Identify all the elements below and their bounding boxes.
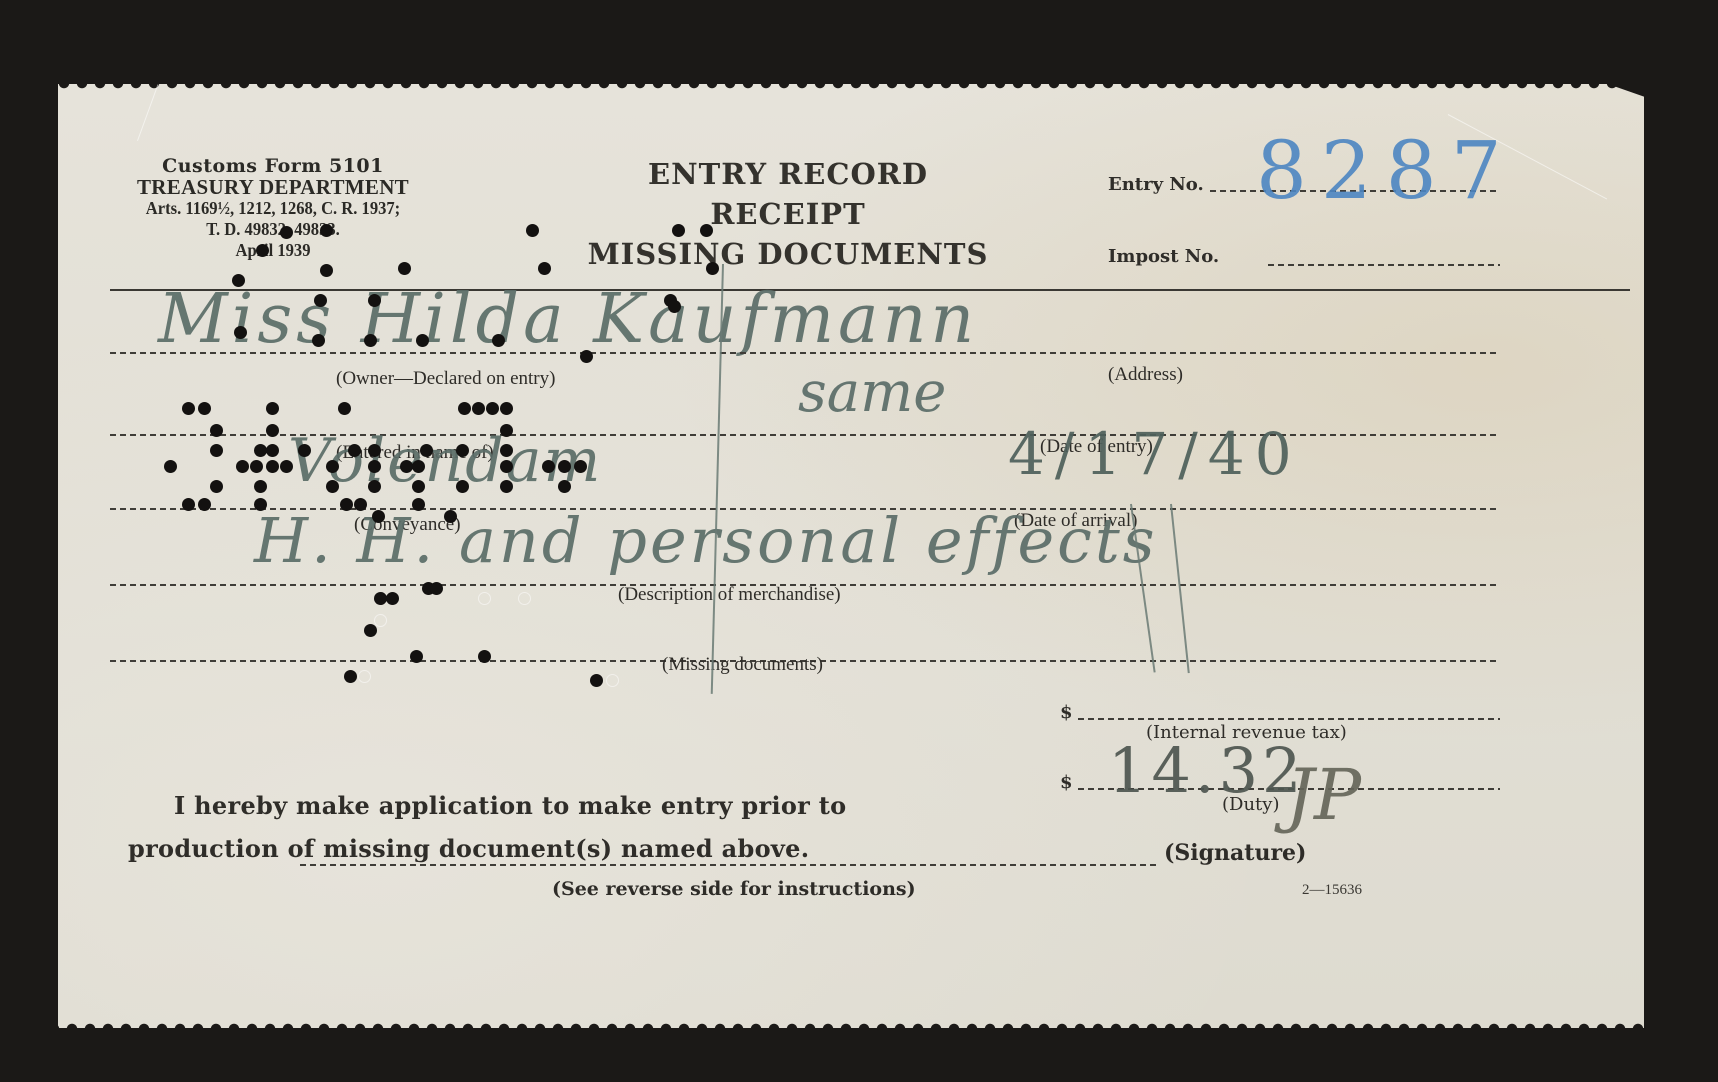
form-header-block: Customs Form 5101 TREASURY DEPARTMENT Ar…	[108, 156, 438, 261]
duty-caption: (Duty)	[1222, 794, 1279, 815]
form-title: ENTRY RECORD RECEIPT MISSING DOCUMENTS	[528, 154, 1048, 274]
title-line-1: ENTRY RECORD	[528, 154, 1048, 194]
duty-dollar-sign: $	[1060, 772, 1073, 793]
title-line-2: RECEIPT	[528, 194, 1048, 234]
owner-line	[110, 352, 1500, 354]
pen-stroke	[1170, 504, 1190, 673]
impost-no-line	[1268, 264, 1500, 266]
impost-no-label: Impost No.	[1108, 246, 1219, 267]
instructions-note: (See reverse side for instructions)	[552, 878, 916, 900]
initials: JP	[1286, 754, 1361, 836]
owner-value: Miss Hilda Kaufmann	[158, 280, 978, 359]
address-caption: (Address)	[1108, 364, 1183, 386]
description-value: H. H. and personal effects	[254, 504, 1158, 577]
internal-revenue-tax-line	[1078, 718, 1500, 720]
perforated-top-edge	[58, 83, 1644, 93]
address-value: same	[798, 360, 946, 425]
irt-dollar-sign: $	[1060, 702, 1073, 723]
torn-corner	[1605, 83, 1645, 97]
department-name: TREASURY DEPARTMENT	[108, 177, 438, 198]
td-reference: T. D. 49832, 49833.	[121, 219, 425, 240]
missing-documents-caption: (Missing documents)	[662, 654, 823, 676]
title-line-3: MISSING DOCUMENTS	[528, 234, 1048, 274]
declaration-line-1: I hereby make application to make entry …	[128, 784, 846, 827]
articles-reference: Arts. 1169½, 1212, 1268, C. R. 1937;	[121, 198, 425, 219]
entry-number-stamp: 8287	[1256, 124, 1516, 217]
perforated-bottom-edge	[58, 1019, 1644, 1029]
owner-caption: (Owner—Declared on entry)	[336, 368, 555, 390]
customs-form-paper: Customs Form 5101 TREASURY DEPARTMENT Ar…	[58, 84, 1644, 1028]
form-name: Customs Form 5101	[108, 156, 438, 177]
description-caption: (Description of merchandise)	[618, 584, 841, 606]
signature-line	[300, 864, 1158, 866]
signature-caption: (Signature)	[1164, 840, 1306, 866]
declaration-text: I hereby make application to make entry …	[128, 784, 846, 870]
form-date: April 1939	[121, 240, 425, 261]
entry-no-label: Entry No.	[1108, 174, 1204, 195]
date-of-entry-value: 4/17/40	[1008, 420, 1302, 488]
form-print-number: 2—15636	[1302, 882, 1362, 899]
